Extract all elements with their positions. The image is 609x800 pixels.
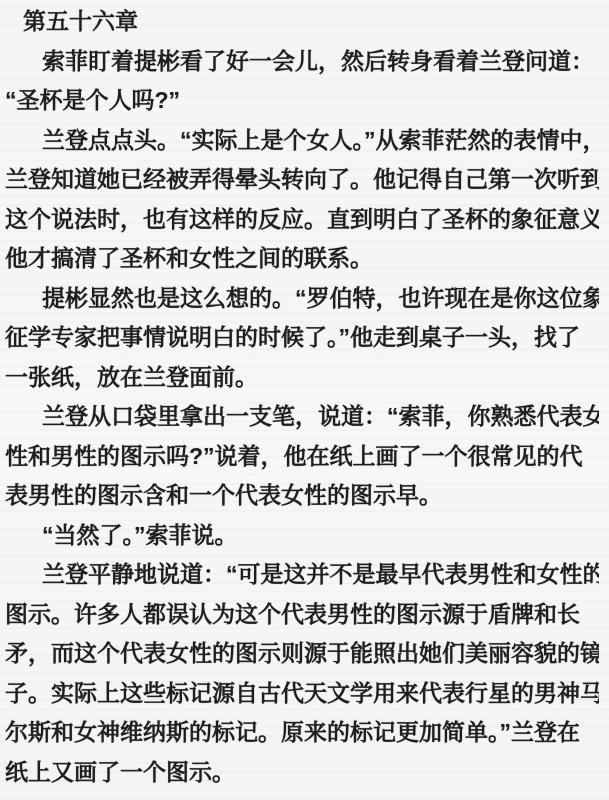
text-line: 索菲盯着提彬看了好一会儿，然后转身看着兰登问道： <box>5 42 599 82</box>
text-line: 提彬显然也是这么想的。“罗伯特，也许现在是你这位象 <box>5 279 599 319</box>
text-line: 这个说法时，也有这样的反应。直到明白了圣杯的象征意义， <box>5 200 599 240</box>
text-line: 一张纸，放在兰登面前。 <box>5 358 599 398</box>
text-line: 矛，而这个代表女性的图示则源于能照出她们美丽容貌的镜 <box>5 634 599 674</box>
text-line: 性和男性的图示吗?”说着，他在纸上画了一个很常见的代 <box>5 437 599 477</box>
text-line: “当然了。”索菲说。 <box>5 516 599 556</box>
text-line: 表男性的图示含和一个代表女性的图示早。 <box>5 476 599 516</box>
text-line: 尔斯和女神维纳斯的标记。原来的标记更加简单。”兰登在 <box>5 713 599 753</box>
book-page: 第五十六章 索菲盯着提彬看了好一会儿，然后转身看着兰登问道： “圣杯是个人吗?”… <box>0 0 609 800</box>
text-line: 兰登从口袋里拿出一支笔，说道：“索菲，你熟悉代表女 <box>5 397 599 437</box>
text-line: 兰登点点头。“实际上是个女人。”从索菲茫然的表情中， <box>5 121 599 161</box>
text-line: 兰登知道她已经被弄得晕头转向了。他记得自己第一次听到 <box>5 160 599 200</box>
text-line: 兰登平静地说道：“可是这并不是最早代表男性和女性的 <box>5 555 599 595</box>
text-line: 征学专家把事情说明白的时候了。”他走到桌子一头，找了 <box>5 318 599 358</box>
text-line: 纸上又画了一个图示。 <box>5 753 599 793</box>
text-line: “圣杯是个人吗?” <box>5 81 599 121</box>
text-line: 图示。许多人都误认为这个代表男性的图示源于盾牌和长 <box>5 595 599 635</box>
chapter-title: 第五十六章 <box>5 2 599 42</box>
text-line: 他才搞清了圣杯和女性之间的联系。 <box>5 239 599 279</box>
text-line: 子。实际上这些标记源自古代天文学用来代表行星的男神马 <box>5 674 599 714</box>
